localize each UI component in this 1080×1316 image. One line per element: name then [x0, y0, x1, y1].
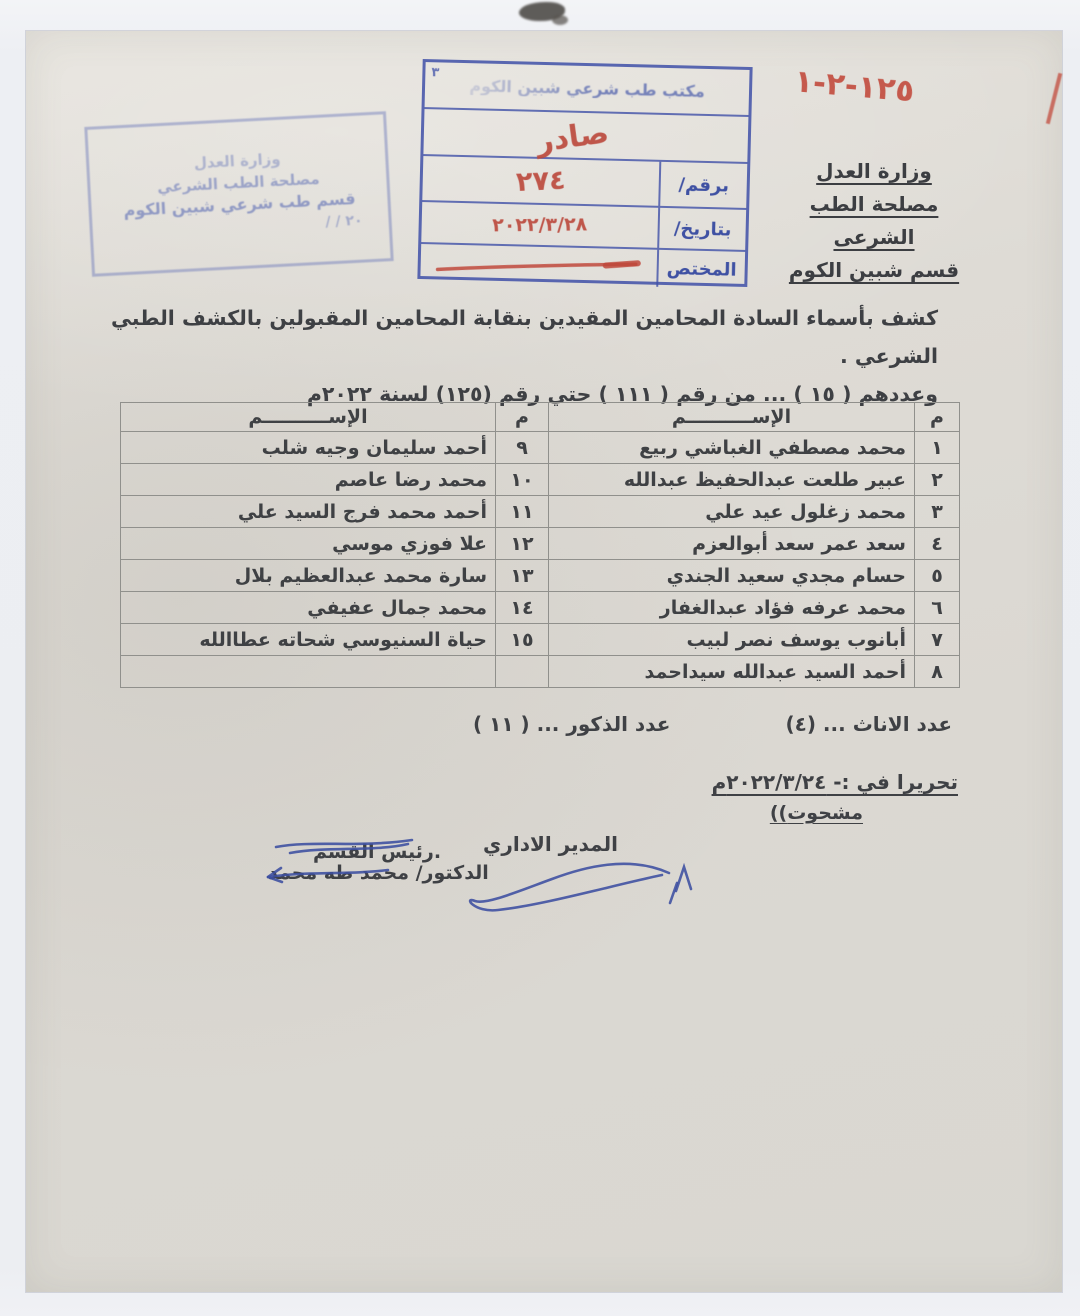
- stamp-office-text: مكتب طب شرعي شبين الكوم: [469, 76, 705, 101]
- col-header-number: م: [915, 403, 960, 432]
- lawyer-name: حياة السنيوسي شحاته عطاالله: [121, 624, 496, 656]
- lawyer-name: علا فوزي موسي: [121, 528, 496, 560]
- stamp-status-handwritten: صادر: [534, 115, 611, 159]
- row-number: ٧: [915, 624, 960, 656]
- stamp-status-row: صادر: [423, 109, 748, 164]
- issued-date-line: تحريرا في :- ٢٠٢٢/٣/٢٤م: [712, 770, 958, 794]
- table-row: ٤سعد عمر سعد أبوالعزم١٢علا فوزي موسي: [121, 528, 960, 560]
- intro-paragraph: كشف بأسماء السادة المحامين المقيدين بنقا…: [88, 299, 938, 413]
- row-number: ١١: [496, 496, 549, 528]
- stamp-officer-label: المختص: [656, 250, 745, 289]
- lawyer-name: عبير طلعت عبدالحفيظ عبدالله: [549, 464, 915, 496]
- row-number: ١٤: [496, 592, 549, 624]
- stamp-officer-signature: [420, 244, 657, 287]
- routing-stamp: ٣ مكتب طب شرعي شبين الكوم صادر ٢٧٤ برقم/…: [417, 59, 752, 287]
- lawyer-name: أحمد محمد فرج السيد علي: [121, 496, 496, 528]
- lawyer-name: سارة محمد عبدالعظيم بلال: [121, 560, 496, 592]
- intro-line-1: كشف بأسماء السادة المحامين المقيدين بنقا…: [88, 299, 938, 375]
- admin-manager-signature: [464, 849, 696, 921]
- row-number: ١٣: [496, 560, 549, 592]
- lawyer-name: أبانوب يوسف نصر لبيب: [549, 624, 915, 656]
- lawyer-name: محمد عرفه فؤاد عبدالغفار: [549, 592, 915, 624]
- issued-note: ((مشحوت: [770, 802, 863, 824]
- table-row: ٣محمد زغلول عيد علي١١أحمد محمد فرج السيد…: [121, 496, 960, 528]
- red-edge-mark: [1046, 73, 1066, 125]
- row-number: ٦: [915, 592, 960, 624]
- scanner-background: ١٢٥-٢-١ ٣ مكتب طب شرعي شبين الكوم صادر ٢…: [0, 0, 1080, 1316]
- table-row: ٥حسام مجدي سعيد الجندي١٣سارة محمد عبدالع…: [121, 560, 960, 592]
- stamp-number-value: ٢٧٤: [422, 154, 660, 209]
- letterhead-authority: مصلحة الطب الشرعى: [780, 188, 968, 254]
- row-number: ٣: [915, 496, 960, 528]
- scan-artifact-smudge-small: [552, 15, 568, 25]
- dept-head-signature-scribble: [258, 831, 422, 897]
- document-page: ١٢٥-٢-١ ٣ مكتب طب شرعي شبين الكوم صادر ٢…: [26, 31, 1062, 1292]
- stamp-date-label: بتاريخ/: [657, 208, 746, 250]
- row-number: ١: [915, 432, 960, 464]
- table-row: ١محمد مصطفي الغباشي ربيع٩أحمد سليمان وجي…: [121, 432, 960, 464]
- row-number: ٥: [915, 560, 960, 592]
- letterhead-department: قسم شبين الكوم: [780, 254, 968, 287]
- faded-office-stamp: وزارة العدل مصلحة الطب الشرعي قسم طب شرع…: [84, 111, 393, 277]
- row-number: ٩: [496, 432, 549, 464]
- faded-stamp-line: ٢٠ / /: [325, 210, 363, 234]
- lawyer-name: أحمد السيد عبدالله سيداحمد: [549, 656, 915, 688]
- row-number: ١٢: [496, 528, 549, 560]
- col-header-name: الإســــــــــم: [121, 403, 496, 432]
- letterhead-ministry: وزارة العدل: [780, 155, 968, 188]
- row-number: ٢: [915, 464, 960, 496]
- col-header-name: الإســــــــــم: [549, 403, 915, 432]
- stamp-office-line: مكتب طب شرعي شبين الكوم: [425, 62, 750, 117]
- letterhead: وزارة العدل مصلحة الطب الشرعى قسم شبين ا…: [780, 155, 968, 287]
- row-number: ٤: [915, 528, 960, 560]
- males-count: عدد الذكور ... ( ١١ ): [473, 712, 670, 736]
- col-header-number: م: [496, 403, 549, 432]
- red-line-mark: [427, 250, 650, 281]
- table-row: ٦محمد عرفه فؤاد عبدالغفار١٤محمد جمال عفي…: [121, 592, 960, 624]
- lawyers-table: م الإســــــــــم م الإســــــــــم ١محم…: [120, 402, 960, 688]
- table-row: ٧أبانوب يوسف نصر لبيب١٥حياة السنيوسي شحا…: [121, 624, 960, 656]
- lawyer-name: محمد جمال عفيفي: [121, 592, 496, 624]
- stamp-officer-row: المختص: [420, 244, 745, 289]
- table-row: ٨أحمد السيد عبدالله سيداحمد: [121, 656, 960, 688]
- lawyer-name: محمد زغلول عيد علي: [549, 496, 915, 528]
- row-number: ١٠: [496, 464, 549, 496]
- stamp-number-row: ٢٧٤ برقم/: [422, 156, 747, 210]
- table-row: ٢عبير طلعت عبدالحفيظ عبدالله١٠محمد رضا ع…: [121, 464, 960, 496]
- lawyer-name: محمد مصطفي الغباشي ربيع: [549, 432, 915, 464]
- lawyer-name: أحمد سليمان وجيه شلب: [121, 432, 496, 464]
- row-number: ٨: [915, 656, 960, 688]
- row-number: ١٥: [496, 624, 549, 656]
- lawyer-name: حسام مجدي سعيد الجندي: [549, 560, 915, 592]
- stamp-date-value: ٢٠٢٢/٣/٢٨: [422, 204, 658, 246]
- lawyer-name: [121, 656, 496, 688]
- row-number: [496, 656, 549, 688]
- table-header-row: م الإســــــــــم م الإســــــــــم: [121, 403, 960, 432]
- handwritten-ref-number: ١٢٥-٢-١: [793, 63, 975, 115]
- stamp-number-label: برقم/: [658, 162, 747, 208]
- females-count: عدد الاناث ... (٤): [785, 712, 952, 736]
- lawyer-name: محمد رضا عاصم: [121, 464, 496, 496]
- lawyer-name: سعد عمر سعد أبوالعزم: [549, 528, 915, 560]
